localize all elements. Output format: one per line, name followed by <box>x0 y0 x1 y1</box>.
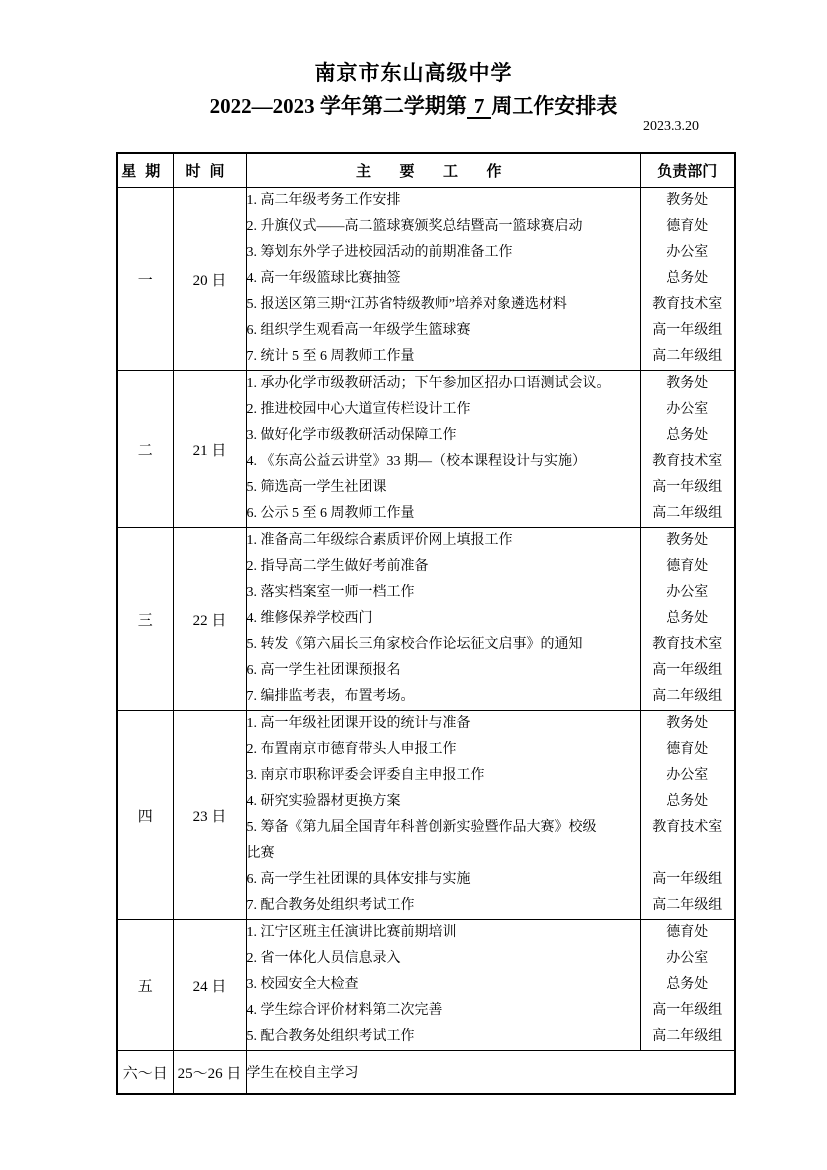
task-line: 6. 组织学生观看高一年级学生篮球赛 <box>247 318 640 344</box>
dept-line: 总务处 <box>641 266 735 292</box>
table-row: 六～日25～26 日学生在校自主学习 <box>117 1051 735 1095</box>
dept-line: 总务处 <box>641 423 735 449</box>
tasks-cell: 1. 准备高二年级综合素质评价网上填报工作2. 指导高二学生做好考前准备3. 落… <box>246 528 640 711</box>
dept-line: 教育技术室 <box>641 449 735 475</box>
header-time-cell: 时间 <box>173 153 246 188</box>
schedule-table-body: 一20 日1. 高二年级考务工作安排2. 升旗仪式——高二篮球赛颁奖总结暨高一篮… <box>117 188 735 1095</box>
dept-line: 总务处 <box>641 789 735 815</box>
task-line: 3. 校园安全大检查 <box>247 972 640 998</box>
dept-line: 高二年级组 <box>641 684 735 710</box>
dept-line: 教务处 <box>641 188 735 214</box>
tasks-cell: 1. 高一年级社团课开设的统计与准备2. 布置南京市德育带头人申报工作3. 南京… <box>246 711 640 920</box>
task-line: 2. 推进校园中心大道宣传栏设计工作 <box>247 397 640 423</box>
task-line: 4. 维修保养学校西门 <box>247 606 640 632</box>
dept-line: 德育处 <box>641 214 735 240</box>
header-work-cell: 主要工作 <box>246 153 640 188</box>
page-title: 南京市东山高级中学 <box>0 57 827 87</box>
table-row: 五24 日1. 江宁区班主任演讲比赛前期培训2. 省一体化人员信息录入3. 校园… <box>117 920 735 1051</box>
task-line: 6. 高一学生社团课预报名 <box>247 658 640 684</box>
subtitle-suffix: 周工作安排表 <box>491 94 617 118</box>
subtitle-prefix: 2022—2023 学年第二学期第 <box>210 94 467 118</box>
task-line: 1. 准备高二年级综合素质评价网上填报工作 <box>247 528 640 554</box>
dept-line: 总务处 <box>641 606 735 632</box>
task-line: 7. 统计 5 至 6 周教师工作量 <box>247 344 640 370</box>
depts-cell: 教务处德育处办公室总务处教育技术室高一年级组高二年级组 <box>640 528 735 711</box>
time-cell: 21 日 <box>173 371 246 528</box>
doc-date: 2023.3.20 <box>0 119 827 135</box>
tasks-cell: 1. 承办化学市级教研活动；下午参加区招办口语测试会议。2. 推进校园中心大道宣… <box>246 371 640 528</box>
dept-line: 高一年级组 <box>641 998 735 1024</box>
depts-cell: 教务处办公室总务处教育技术室高一年级组高二年级组 <box>640 371 735 528</box>
dept-line: 德育处 <box>641 554 735 580</box>
day-cell: 二 <box>117 371 173 528</box>
task-line: 1. 江宁区班主任演讲比赛前期培训 <box>247 920 640 946</box>
table-row: 三22 日1. 准备高二年级综合素质评价网上填报工作2. 指导高二学生做好考前准… <box>117 528 735 711</box>
table-header-row: 星期 时间 主要工作 负责部门 <box>117 153 735 188</box>
task-line: 7. 配合教务处组织考试工作 <box>247 893 640 919</box>
task-line: 1. 高一年级社团课开设的统计与准备 <box>247 711 640 737</box>
time-cell: 25～26 日 <box>173 1051 246 1095</box>
time-cell: 20 日 <box>173 188 246 371</box>
task-line: 1. 高二年级考务工作安排 <box>247 188 640 214</box>
dept-line: 办公室 <box>641 397 735 423</box>
header-dept-cell: 负责部门 <box>640 153 735 188</box>
time-cell: 23 日 <box>173 711 246 920</box>
dept-line: 办公室 <box>641 763 735 789</box>
schedule-table: 星期 时间 主要工作 负责部门 一20 日1. 高二年级考务工作安排2. 升旗仪… <box>116 152 736 1095</box>
dept-line: 德育处 <box>641 737 735 763</box>
task-line: 4. 《东高公益云讲堂》33 期—（校本课程设计与实施） <box>247 449 640 475</box>
task-line: 5. 筛选高一学生社团课 <box>247 475 640 501</box>
dept-line: 德育处 <box>641 920 735 946</box>
day-cell: 三 <box>117 528 173 711</box>
tasks-cell: 1. 高二年级考务工作安排2. 升旗仪式——高二篮球赛颁奖总结暨高一篮球赛启动3… <box>246 188 640 371</box>
table-row: 一20 日1. 高二年级考务工作安排2. 升旗仪式——高二篮球赛颁奖总结暨高一篮… <box>117 188 735 371</box>
dept-line: 高一年级组 <box>641 318 735 344</box>
task-line: 2. 省一体化人员信息录入 <box>247 946 640 972</box>
task-line: 5. 筹备《第九届全国青年科普创新实验暨作品大赛》校级 <box>247 815 640 841</box>
table-row: 四23 日1. 高一年级社团课开设的统计与准备2. 布置南京市德育带头人申报工作… <box>117 711 735 920</box>
depts-cell: 教务处德育处办公室总务处教育技术室高一年级组高二年级组 <box>640 711 735 920</box>
dept-line: 高二年级组 <box>641 344 735 370</box>
task-line: 4. 高一年级篮球比赛抽签 <box>247 266 640 292</box>
dept-line: 办公室 <box>641 946 735 972</box>
time-cell: 24 日 <box>173 920 246 1051</box>
day-cell: 五 <box>117 920 173 1051</box>
depts-cell: 德育处办公室总务处高一年级组高二年级组 <box>640 920 735 1051</box>
dept-line: 高一年级组 <box>641 475 735 501</box>
task-line: 4. 研究实验器材更换方案 <box>247 789 640 815</box>
dept-line: 高一年级组 <box>641 658 735 684</box>
dept-line: 办公室 <box>641 580 735 606</box>
task-line: 3. 落实档案室一师一档工作 <box>247 580 640 606</box>
dept-line: 高一年级组 <box>641 867 735 893</box>
page-subtitle: 2022—2023 学年第二学期第7周工作安排表 <box>0 90 827 120</box>
week-number: 7 <box>467 95 492 119</box>
tasks-cell: 1. 江宁区班主任演讲比赛前期培训2. 省一体化人员信息录入3. 校园安全大检查… <box>246 920 640 1051</box>
task-line: 5. 报送区第三期“江苏省特级教师”培养对象遴选材料 <box>247 292 640 318</box>
task-line: 2. 升旗仪式——高二篮球赛颁奖总结暨高一篮球赛启动 <box>247 214 640 240</box>
task-line: 3. 筹划东外学子进校园活动的前期准备工作 <box>247 240 640 266</box>
depts-cell: 教务处德育处办公室总务处教育技术室高一年级组高二年级组 <box>640 188 735 371</box>
dept-line: 办公室 <box>641 240 735 266</box>
task-line: 3. 做好化学市级教研活动保障工作 <box>247 423 640 449</box>
dept-line: 教育技术室 <box>641 632 735 658</box>
task-line: 比赛 <box>247 841 640 867</box>
day-cell: 六～日 <box>117 1051 173 1095</box>
day-cell: 四 <box>117 711 173 920</box>
table-row: 二21 日1. 承办化学市级教研活动；下午参加区招办口语测试会议。2. 推进校园… <box>117 371 735 528</box>
dept-line: 教务处 <box>641 528 735 554</box>
day-cell: 一 <box>117 188 173 371</box>
header-day-cell: 星期 <box>117 153 173 188</box>
task-line: 2. 布置南京市德育带头人申报工作 <box>247 737 640 763</box>
task-line: 5. 配合教务处组织考试工作 <box>247 1024 640 1050</box>
dept-line: 高二年级组 <box>641 893 735 919</box>
dept-line: 总务处 <box>641 972 735 998</box>
document-page: 南京市东山高级中学 2022—2023 学年第二学期第7周工作安排表 2023.… <box>0 0 827 1170</box>
time-cell: 22 日 <box>173 528 246 711</box>
dept-line: 高二年级组 <box>641 501 735 527</box>
task-line: 5. 转发《第六届长三角家校合作论坛征文启事》的通知 <box>247 632 640 658</box>
dept-line: 高二年级组 <box>641 1024 735 1050</box>
task-line: 7. 编排监考表，布置考场。 <box>247 684 640 710</box>
task-line: 3. 南京市职称评委会评委自主申报工作 <box>247 763 640 789</box>
task-line: 6. 公示 5 至 6 周教师工作量 <box>247 501 640 527</box>
dept-line: 教务处 <box>641 711 735 737</box>
task-line: 4. 学生综合评价材料第二次完善 <box>247 998 640 1024</box>
dept-line: 教育技术室 <box>641 292 735 318</box>
merged-work-cell: 学生在校自主学习 <box>246 1051 735 1095</box>
task-line: 2. 指导高二学生做好考前准备 <box>247 554 640 580</box>
task-line: 6. 高一学生社团课的具体安排与实施 <box>247 867 640 893</box>
dept-line: 教务处 <box>641 371 735 397</box>
task-line: 1. 承办化学市级教研活动；下午参加区招办口语测试会议。 <box>247 371 640 397</box>
dept-line: 教育技术室 <box>641 815 735 867</box>
